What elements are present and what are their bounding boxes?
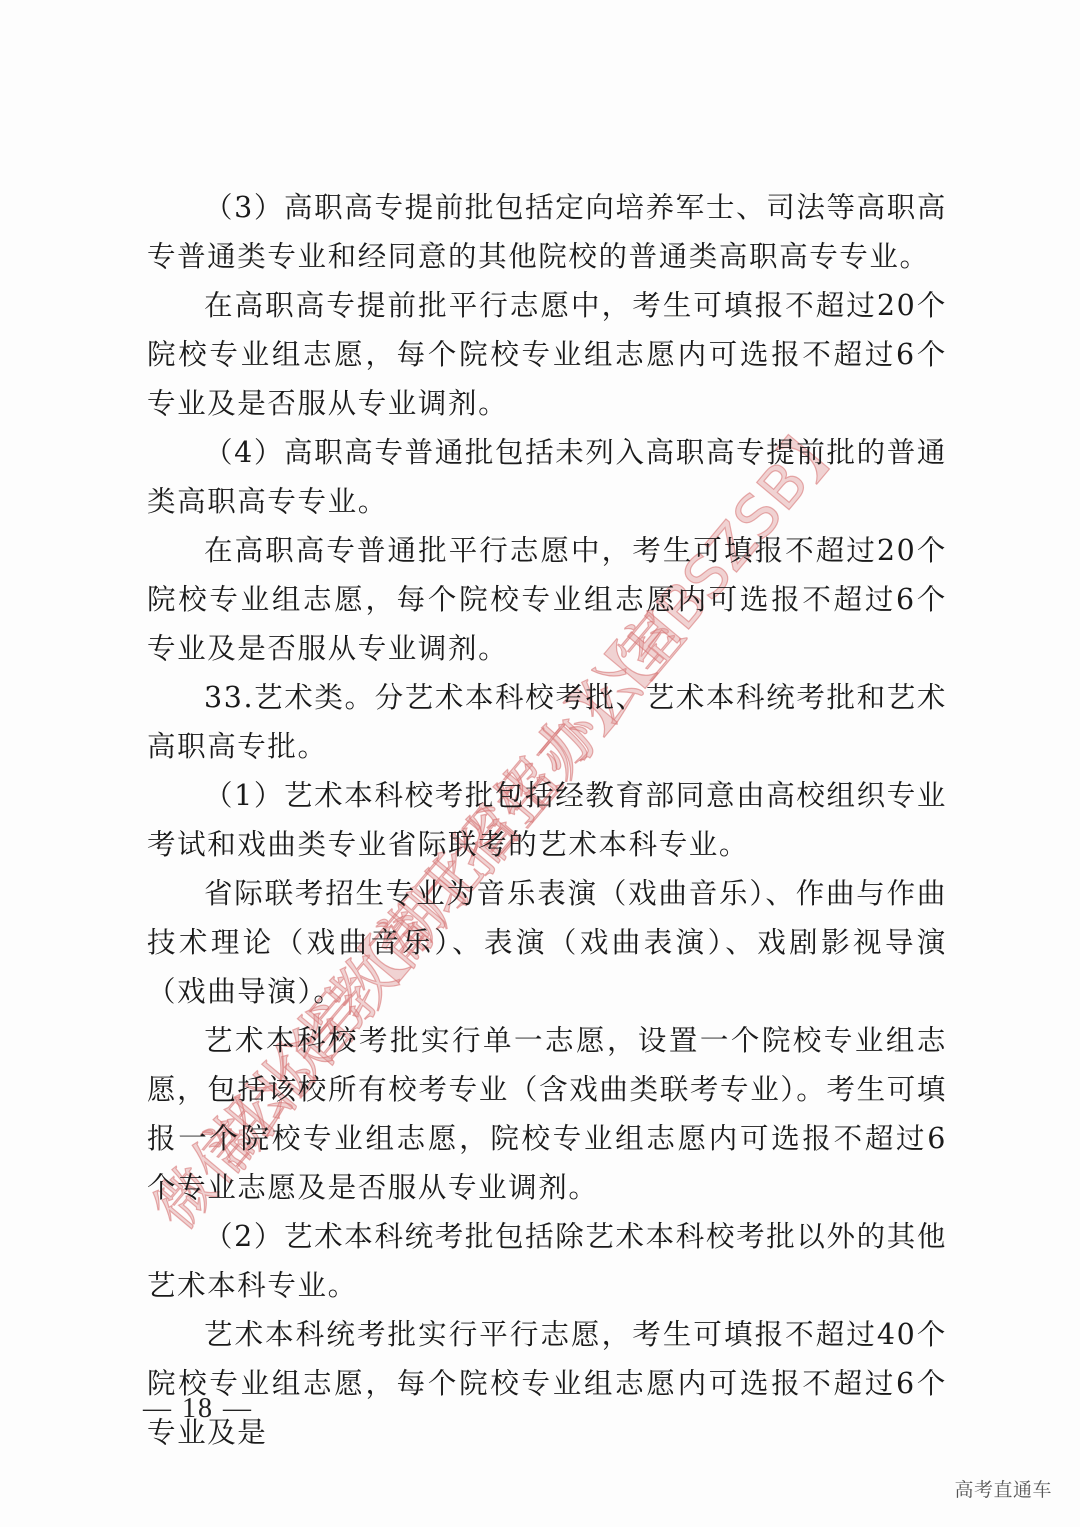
paragraph-4-vocational-regular-batch: （4）高职高专普通批包括未列入高职高专提前批的普通类高职高专专业。	[147, 428, 947, 526]
paragraph-3-vocational-early-batch: （3）高职高专提前批包括定向培养军士、司法等高职高专普通类专业和经同意的其他院校…	[147, 183, 947, 281]
paragraph-arts-school-exam-single: 艺术本科校考批实行单一志愿，设置一个院校专业组志愿，包括该校所有校考专业（含戏曲…	[147, 1016, 947, 1212]
paragraph-joint-exam-majors: 省际联考招生专业为音乐表演（戏曲音乐）、作曲与作曲技术理论（戏曲音乐）、表演（戏…	[147, 869, 947, 1016]
paragraph-2-arts-unified-exam: （2）艺术本科统考批包括除艺术本科校考批以外的其他艺术本科专业。	[147, 1212, 947, 1310]
paragraph-vocational-early-parallel: 在高职高专提前批平行志愿中，考生可填报不超过20个院校专业组志愿，每个院校专业组…	[147, 281, 947, 428]
paragraph-vocational-regular-parallel: 在高职高专普通批平行志愿中，考生可填报不超过20个院校专业组志愿，每个院校专业组…	[147, 526, 947, 673]
footer-brand-label: 高考直通车	[954, 1475, 1052, 1502]
paragraph-arts-unified-parallel: 艺术本科统考批实行平行志愿，考生可填报不超过40个院校专业组志愿，每个院校专业组…	[147, 1310, 947, 1457]
paragraph-1-arts-school-exam: （1）艺术本科校考批包括经教育部同意由高校组织专业考试和戏曲类专业省际联考的艺术…	[147, 771, 947, 869]
document-page: 湖北省教育厅招生办公室 微信公众号【湖北省招办】【HBSZSB】 （3）高职高专…	[0, 0, 1080, 1527]
paragraph-33-arts: 33.艺术类。分艺术本科校考批、艺术本科统考批和艺术高职高专批。	[147, 673, 947, 771]
document-body: （3）高职高专提前批包括定向培养军士、司法等高职高专普通类专业和经同意的其他院校…	[147, 183, 947, 1457]
page-number: — 18 —	[143, 1393, 253, 1425]
